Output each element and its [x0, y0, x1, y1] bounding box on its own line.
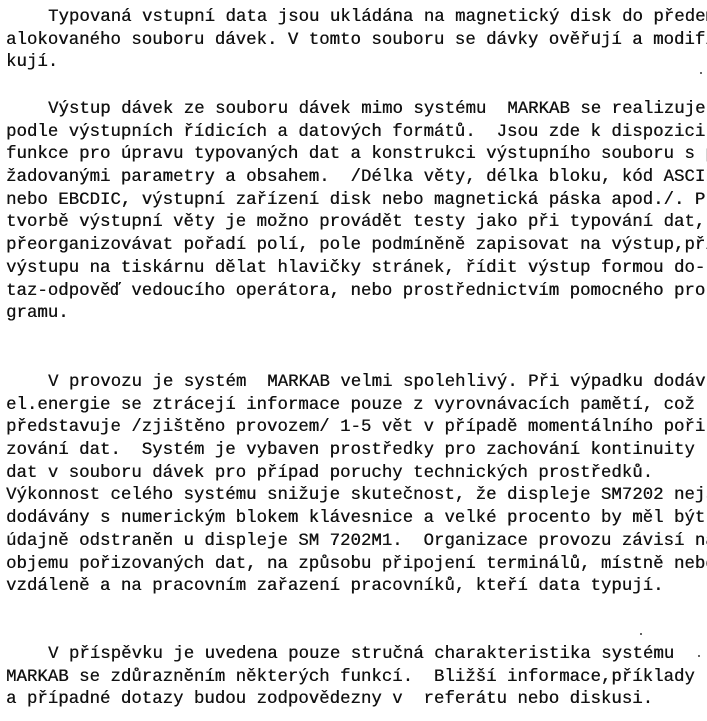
text-line: V provozu je systém MARKAB velmi spolehl… — [6, 372, 706, 395]
scan-speck — [598, 33, 600, 35]
text-line: funkce pro úpravu typovaných dat a konst… — [6, 144, 706, 167]
text-line: kují. — [6, 52, 706, 75]
text-line: taz-odpověď vedoucího operátora, nebo pr… — [6, 281, 706, 304]
text-line: přeorganizovávat pořadí polí, pole podmí… — [6, 235, 706, 258]
paragraph-batch-output: Výstup dávek ze souboru dávek mimo systé… — [6, 99, 706, 326]
text-line: nebo EBCDIC, výstupní zařízení disk nebo… — [6, 190, 706, 213]
text-line: žadovanými parametry a obsahem. /Délka v… — [6, 167, 706, 190]
text-line: alokovaného souboru dávek. V tomto soubo… — [6, 30, 706, 53]
typewritten-page: Typovaná vstupní data jsou ukládána na m… — [0, 0, 707, 721]
text-line: Výkonnost celého systému snižuje skutečn… — [6, 485, 706, 508]
scan-speck — [700, 72, 702, 74]
text-line: gramu. — [6, 303, 706, 326]
paragraph-summary: V příspěvku je uvedena pouze stručná cha… — [6, 644, 706, 712]
text-line: Výstup dávek ze souboru dávek mimo systé… — [6, 99, 706, 122]
text-line: MARKAB se zdůrazněním některých funkcí. … — [6, 667, 706, 690]
scan-speck — [698, 655, 700, 657]
text-line: V příspěvku je uvedena pouze stručná cha… — [6, 644, 706, 667]
text-line: představuje /zjištěno provozem/ 1-5 vět … — [6, 417, 706, 440]
paragraph-operation-reliability: V provozu je systém MARKAB velmi spolehl… — [6, 372, 706, 599]
text-line: a případné dotazy budou zodpovědezny v r… — [6, 689, 706, 712]
scan-speck — [640, 633, 642, 635]
text-line: údajně odstraněn u displeje SM 7202M1. O… — [6, 531, 706, 554]
text-line: vzdáleně a na pracovním zařazení pracovn… — [6, 576, 706, 599]
text-line: dat v souboru dávek pro případ poruchy t… — [6, 463, 706, 486]
text-line: objemu pořizovaných dat, na způsobu přip… — [6, 554, 706, 577]
text-line: dodávány s numerickým blokem klávesnice … — [6, 508, 706, 531]
text-line: podle výstupních řídicích a datových for… — [6, 122, 706, 145]
text-line: zování dat. Systém je vybaven prostředky… — [6, 440, 706, 463]
text-line: Typovaná vstupní data jsou ukládána na m… — [6, 7, 706, 30]
text-line: výstupu na tiskárnu dělat hlavičky strán… — [6, 258, 706, 281]
text-line: el.energie se ztrácejí informace pouze z… — [6, 395, 706, 418]
paragraph-data-storage: Typovaná vstupní data jsou ukládána na m… — [6, 7, 706, 75]
text-line: tvorbě výstupní věty je možno provádět t… — [6, 212, 706, 235]
